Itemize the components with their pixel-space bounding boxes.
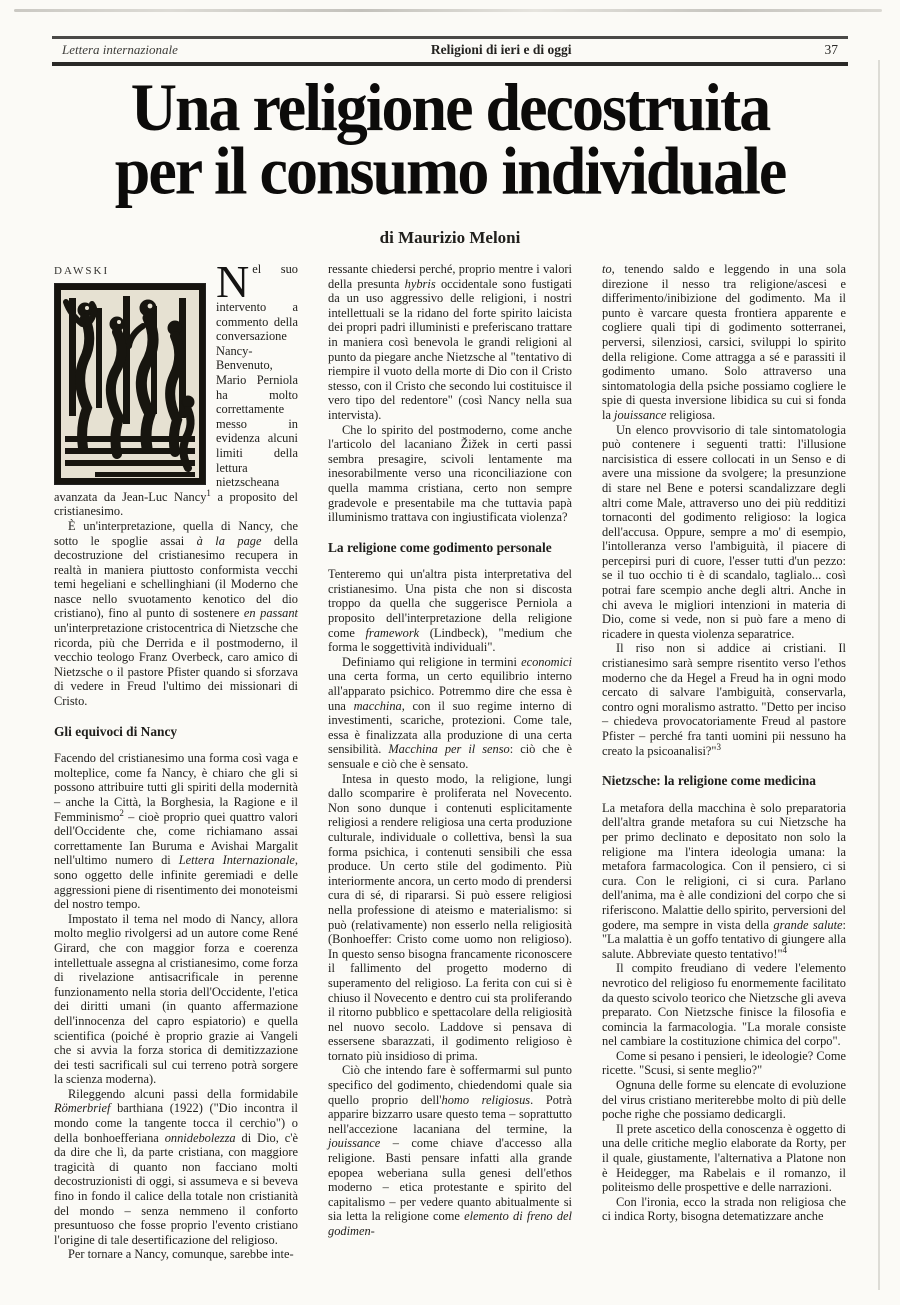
byline: di Maurizio Meloni: [0, 228, 900, 248]
paragraph: Definiamo qui religione in termini econo…: [328, 655, 572, 772]
paragraph: Ciò che intendo fare è soffermarmi sul p…: [328, 1063, 572, 1238]
paragraph: ressante chiedersi perché, proprio mentr…: [328, 262, 572, 423]
article-title: Una religione decostruita per il consumo…: [0, 76, 900, 203]
paragraph: Con l'ironia, ecco la strada non religio…: [602, 1195, 846, 1224]
paragraph: Il riso non si addice ai cristiani. Il c…: [602, 641, 846, 758]
paragraph: Il compito freudiano di vedere l'element…: [602, 961, 846, 1049]
paragraph: Per tornare a Nancy, comunque, sarebbe i…: [54, 1247, 298, 1262]
column-2: ressante chiedersi perché, proprio mentr…: [328, 262, 572, 1262]
woodcut-image: [54, 283, 206, 485]
page-header: Lettera internazionale Religioni di ieri…: [52, 36, 848, 66]
paragraph: È un'interpretazione, quella di Nancy, c…: [54, 519, 298, 709]
paragraph: Tenteremo qui un'altra pista interpretat…: [328, 567, 572, 655]
paragraph: Ognuna delle forme su elencate di evoluz…: [602, 1078, 846, 1122]
paragraph: Impostato il tema nel modo di Nancy, all…: [54, 912, 298, 1087]
paragraph: Intesa in questo modo, la religione, lun…: [328, 772, 572, 1064]
section-heading-equivoci: Gli equivoci di Nancy: [54, 725, 298, 740]
article-title-line2: per il consumo individuale: [0, 140, 900, 204]
column-3: to, tenendo saldo e leggendo in una sola…: [602, 262, 846, 1262]
paragraph: La metafora della macchina è solo prepar…: [602, 801, 846, 962]
artwork-figure: DAWSKI: [54, 264, 206, 485]
paragraph: Il prete ascetico della conoscenza è ogg…: [602, 1122, 846, 1195]
article-columns: DAWSKI: [54, 262, 846, 1262]
section-heading-godimento: La religione come godimento personale: [328, 541, 572, 556]
column-1: DAWSKI: [54, 262, 298, 1262]
section-heading-nietzsche: Nietzsche: la religione come medicina: [602, 774, 846, 789]
article-title-line1: Una religione decostruita: [0, 76, 900, 140]
dropcap-letter: N: [216, 262, 252, 300]
scan-artifact-edge: [878, 60, 880, 1290]
paragraph: to, tenendo saldo e leggendo in una sola…: [602, 262, 846, 423]
paragraph: Facendo del cristianesimo una forma così…: [54, 751, 298, 912]
paragraph: Come si pesano i pensieri, le ideologie?…: [602, 1049, 846, 1078]
scan-artifact-line: [14, 9, 882, 12]
paragraph: Che lo spirito del postmoderno, come anc…: [328, 423, 572, 525]
paragraph: Rileggendo alcuni passi della formidabil…: [54, 1087, 298, 1248]
magazine-page: Lettera internazionale Religioni di ieri…: [0, 0, 900, 1305]
artwork-credit: DAWSKI: [54, 264, 206, 279]
section-title: Religioni di ieri e di oggi: [431, 42, 572, 58]
journal-name: Lettera internazionale: [62, 42, 178, 58]
page-number: 37: [824, 42, 838, 58]
paragraph: Un elenco provvisorio di tale sintomatol…: [602, 423, 846, 642]
